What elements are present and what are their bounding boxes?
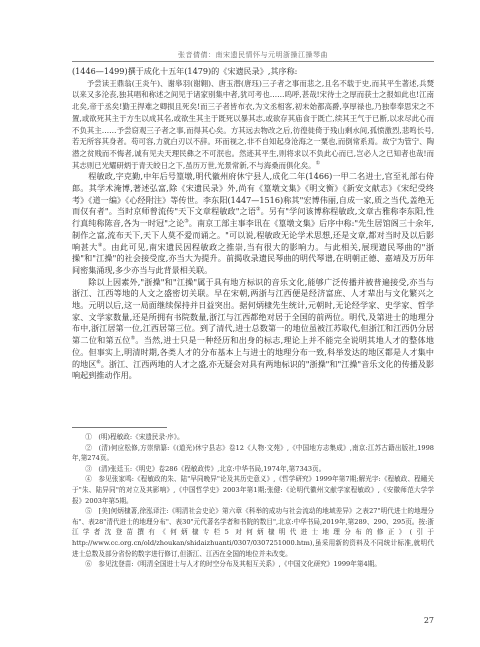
running-header: 张音倩倩：南宋遗民情怀与元明浙操江操琴曲 <box>72 50 434 60</box>
quote-text: 予尝读王鼎翁(王炎午)、谢皋羽(谢翱)、唐玉潜(唐珏)三子者之事而悲之,且名不载… <box>72 79 434 170</box>
footnote-1: ① (明)程敏政:《宋遗民录·序》。 <box>72 432 434 443</box>
footnote-divider <box>72 427 167 428</box>
paragraph-text: 。由此可见,南宋遗民因程敏政之推崇,当有很大的影响力。与此相关,展现遗民琴曲的"… <box>72 242 434 275</box>
footnote-2: ② (清)何应松修,方崇鼎纂:《(道光)休宁县志》卷12《人物·文苑》,《中国地… <box>72 443 434 464</box>
footnote-6: ⑥ 参见沈登苗:《明清全国进士与人才的时空分布及其相互关系》,《中国文化研究》1… <box>72 559 434 570</box>
opening-line: (1446—1499)撰于成化十五年(1479)的《宋遗民录》,其序称: <box>72 66 434 78</box>
footnote-ref-1[interactable]: ① <box>316 160 320 166</box>
footnote-4: ④ 参见张家鸣:《程敏政的朱、陆"早同晚异"论及其历史意义》,《哲学研究》199… <box>72 474 434 506</box>
paragraph-cheng-minzheng: 程敏政,字克勤,中年后号篁墩,明代徽州府休宁县人,成化二年(1466)一甲二名进… <box>72 171 434 276</box>
body-text: (1446—1499)撰于成化十五年(1479)的《宋遗民录》,其序称: 予尝读… <box>72 66 434 382</box>
paragraph-regional-culture: 除以上因素外,"浙操"和"江操"属于具有地方标识的音乐文化,能够广泛传播并被普遍… <box>72 277 434 382</box>
footnote-5: ⑤ [美]何炳棣著,徐泓译注:《明清社会史论》第六章《科举的成功与社会流动的地域… <box>72 506 434 559</box>
block-quote: 予尝读王鼎翁(王炎午)、谢皋羽(谢翱)、唐玉潜(唐珏)三子者之事而悲之,且名不载… <box>72 78 434 172</box>
page-number: 27 <box>424 616 434 625</box>
paragraph-text: 。浙江、江西两地的人才之盛,亦无疑会对具有两地标识的"浙操"和"江操"音乐文化的… <box>72 359 434 381</box>
footnote-3: ③ (清)张廷玉:《明史》卷286《程敏政传》,北京:中华书局,1974年,第7… <box>72 464 434 475</box>
header-divider <box>72 61 434 62</box>
footnotes: ① (明)程敏政:《宋遗民录·序》。 ② (清)何应松修,方崇鼎纂:《(道光)休… <box>72 432 434 570</box>
